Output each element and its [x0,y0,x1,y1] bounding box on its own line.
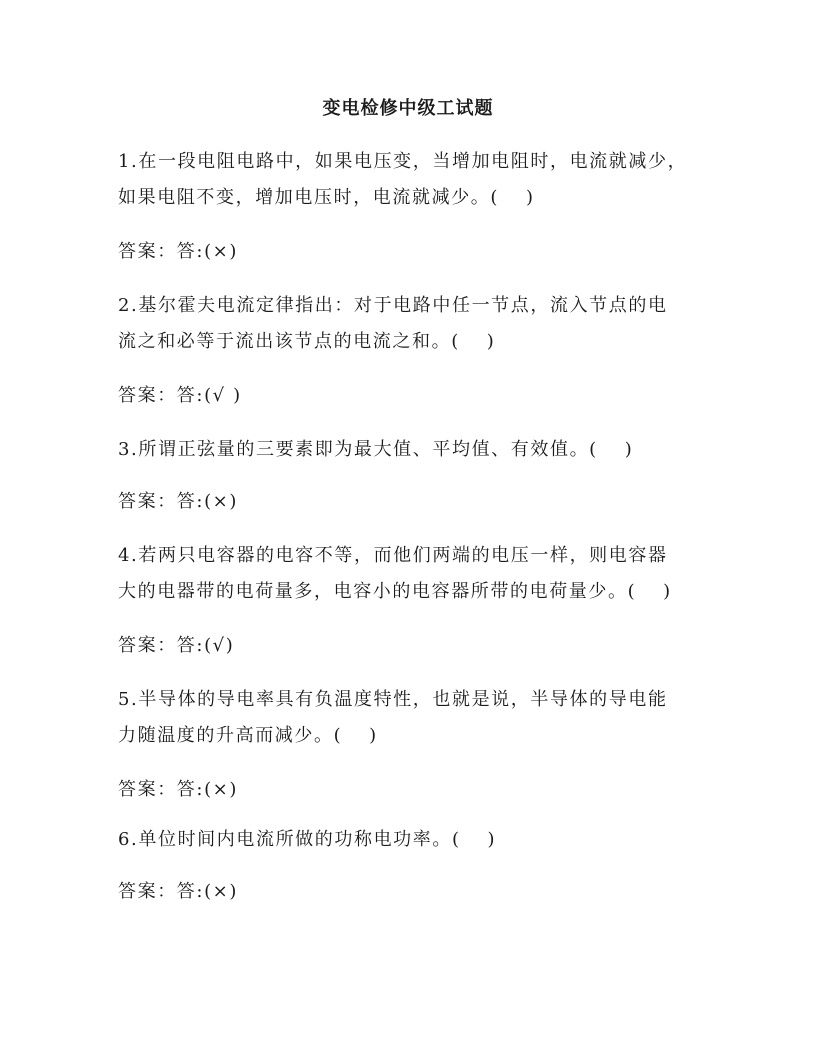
question-2: 2.基尔霍夫电流定律指出：对于电路中任一节点，流入节点的电 流之和必等于流出该节… [118,288,698,360]
question-2-line-1: 2.基尔霍夫电流定律指出：对于电路中任一节点，流入节点的电 [118,288,698,324]
question-5-line-2: 力随温度的升高而减少。( ) [118,718,698,754]
document-page: 变电检修中级工试题 1.在一段电阻电路中，如果电压变，当增加电阻时，电流就减少，… [0,0,816,1056]
question-5-line-1: 5.半导体的导电率具有负温度特性，也就是说，半导体的导电能 [118,682,698,718]
question-1-line-1: 1.在一段电阻电路中，如果电压变，当增加电阻时，电流就减少， [118,144,698,180]
answer-6-text: 答案：答:(×) [118,874,698,910]
answer-1-text: 答案：答:(×) [118,234,698,270]
question-1: 1.在一段电阻电路中，如果电压变，当增加电阻时，电流就减少， 如果电阻不变，增加… [118,144,698,216]
answer-6: 答案：答:(×) [118,874,698,910]
answer-2-text: 答案：答:(√ ) [118,378,698,414]
answer-4: 答案：答:(√) [118,628,698,664]
question-4: 4.若两只电容器的电容不等，而他们两端的电压一样，则电容器 大的电器带的电荷量多… [118,538,698,610]
document-title: 变电检修中级工试题 [0,96,816,122]
question-4-line-1: 4.若两只电容器的电容不等，而他们两端的电压一样，则电容器 [118,538,698,574]
question-4-line-2: 大的电器带的电荷量多，电容小的电容器所带的电荷量少。( ) [118,574,698,610]
question-2-line-2: 流之和必等于流出该节点的电流之和。( ) [118,324,698,360]
answer-3: 答案：答:(×) [118,484,698,520]
answer-2: 答案：答:(√ ) [118,378,698,414]
question-3: 3.所谓正弦量的三要素即为最大值、平均值、有效值。( ) [118,432,698,468]
question-6-line-1: 6.单位时间内电流所做的功称电功率。( ) [118,822,698,858]
answer-5-text: 答案：答:(×) [118,772,698,808]
question-1-line-2: 如果电阻不变，增加电压时，电流就减少。( ) [118,180,698,216]
answer-5: 答案：答:(×) [118,772,698,808]
question-5: 5.半导体的导电率具有负温度特性，也就是说，半导体的导电能 力随温度的升高而减少… [118,682,698,754]
answer-4-text: 答案：答:(√) [118,628,698,664]
question-3-line-1: 3.所谓正弦量的三要素即为最大值、平均值、有效值。( ) [118,432,698,468]
answer-1: 答案：答:(×) [118,234,698,270]
question-6: 6.单位时间内电流所做的功称电功率。( ) [118,822,698,858]
answer-3-text: 答案：答:(×) [118,484,698,520]
